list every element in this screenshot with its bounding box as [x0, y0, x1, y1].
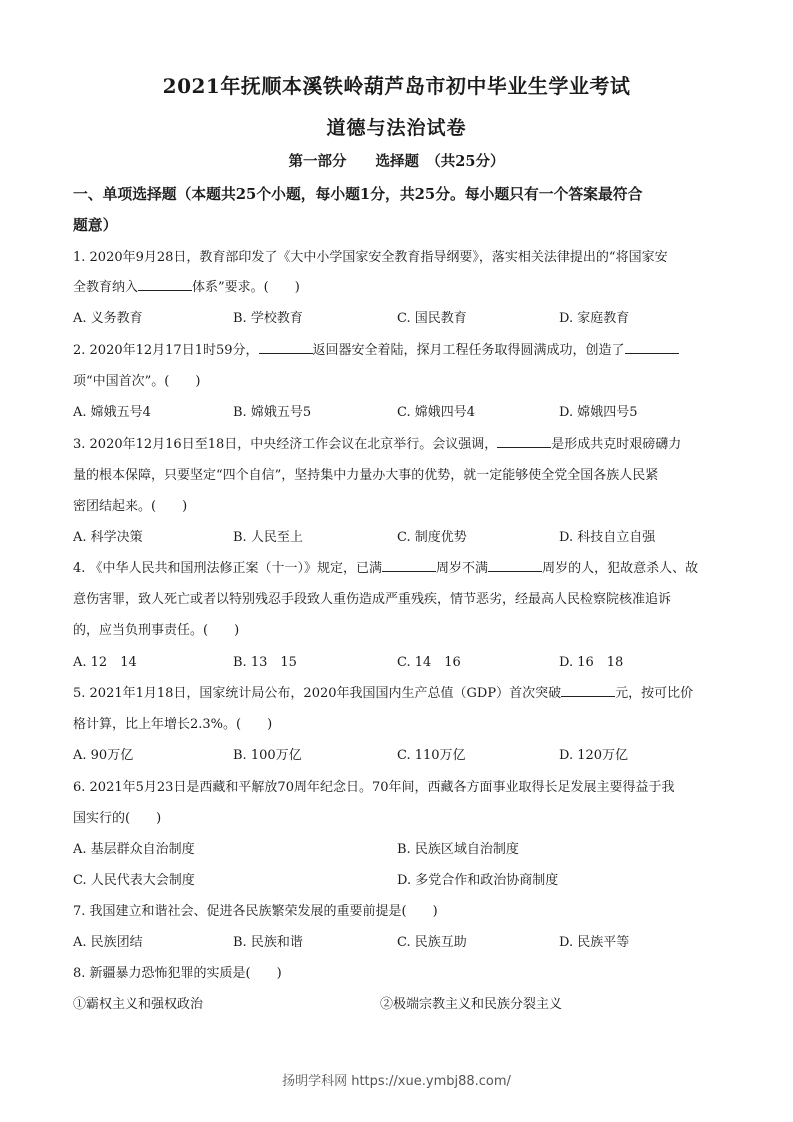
section-heading-line1: 一、单项选择题（本题共25个小题，每小题1分，共25分。每小题只有一个答案最符合 — [73, 183, 733, 204]
question-2-line2: 项“中国首次”。( ) — [73, 370, 733, 389]
q3-option-c: C. 制度优势 — [397, 526, 467, 545]
q7-option-d: D. 民族平等 — [559, 931, 629, 950]
part-heading: 第一部分 选择题 （共25分） — [0, 150, 793, 171]
question-2-line1: 2. 2020年12月17日1时59分，返回器安全着陆，探月工程任务取得圆满成功… — [73, 339, 733, 358]
q4-option-d: D. 16 18 — [559, 651, 623, 670]
q1-option-d: D. 家庭教育 — [559, 307, 629, 326]
q8-statement-2: ②极端宗教主义和民族分裂主义 — [380, 993, 562, 1012]
section-heading-line2: 题意） — [73, 214, 733, 235]
question-3-line1: 3. 2020年12月16日至18日，中央经济工作会议在北京举行。会议强调，是形… — [73, 433, 733, 452]
answer-blank — [259, 342, 313, 354]
q5-option-a: A. 90万亿 — [73, 744, 133, 763]
q6-option-b: B. 民族区域自治制度 — [397, 838, 519, 857]
q4-option-b: B. 13 15 — [233, 651, 297, 670]
answer-blank — [488, 560, 542, 572]
q6-option-c: C. 人民代表大会制度 — [73, 869, 195, 888]
q1-option-c: C. 国民教育 — [397, 307, 467, 326]
q5-option-c: C. 110万亿 — [397, 744, 466, 763]
q1-option-b: B. 学校教育 — [233, 307, 303, 326]
question-4-line2: 意伤害罪，致人死亡或者以特别残忍手段致人重伤造成严重残疾，情节恶劣，经最高人民检… — [73, 588, 733, 607]
question-8-line1: 8. 新疆暴力恐怖犯罪的实质是( ) — [73, 962, 733, 981]
q8-statement-1: ①霸权主义和强权政治 — [73, 993, 203, 1012]
question-5-line2: 格计算，比上年增长2.3%。( ) — [73, 713, 733, 732]
question-3-line2: 量的根本保障，只要坚定“四个自信”，坚持集中力量办大事的优势，就一定能够使全党全… — [73, 464, 733, 483]
answer-blank — [561, 685, 615, 697]
q7-option-a: A. 民族团结 — [73, 931, 143, 950]
q2-option-c: C. 嫦娥四号4 — [397, 401, 475, 420]
q6-option-d: D. 多党合作和政治协商制度 — [397, 869, 558, 888]
question-1-line2: 全教育纳入体系”要求。( ) — [73, 276, 733, 295]
question-6-line2: 国实行的( ) — [73, 807, 733, 826]
watermark-footer: 扬明学科网 https://xue.ymbj88.com/ — [0, 1070, 793, 1089]
question-3-line3: 密团结起来。( ) — [73, 495, 733, 514]
exam-title: 2021年抚顺本溪铁岭葫芦岛市初中毕业生学业考试 — [0, 70, 793, 99]
answer-blank — [382, 560, 436, 572]
answer-blank — [138, 279, 192, 291]
question-6-line1: 6. 2021年5月23日是西藏和平解放70周年纪念日。70年间，西藏各方面事业… — [73, 776, 733, 795]
question-7-line1: 7. 我国建立和谐社会、促进各民族繁荣发展的重要前提是( ) — [73, 900, 733, 919]
answer-blank — [497, 436, 551, 448]
q1-option-a: A. 义务教育 — [73, 307, 143, 326]
q2-option-a: A. 嫦娥五号4 — [73, 401, 151, 420]
q7-option-b: B. 民族和谐 — [233, 931, 303, 950]
question-4-line1: 4. 《中华人民共和国刑法修正案（十一）》规定，已满周岁不满周岁的人，犯故意杀人… — [73, 557, 733, 576]
q7-option-c: C. 民族互助 — [397, 931, 467, 950]
question-4-line3: 的，应当负刑事责任。( ) — [73, 619, 733, 638]
question-1-line1: 1. 2020年9月28日，教育部印发了《大中小学国家安全教育指导纲要》，落实相… — [73, 246, 733, 265]
q3-option-b: B. 人民至上 — [233, 526, 303, 545]
exam-page: 2021年抚顺本溪铁岭葫芦岛市初中毕业生学业考试 道德与法治试卷 第一部分 选择… — [0, 0, 793, 1122]
q2-option-b: B. 嫦娥五号5 — [233, 401, 311, 420]
q5-option-d: D. 120万亿 — [559, 744, 628, 763]
q2-option-d: D. 嫦娥四号5 — [559, 401, 638, 420]
q3-option-a: A. 科学决策 — [73, 526, 143, 545]
q5-option-b: B. 100万亿 — [233, 744, 302, 763]
q4-option-c: C. 14 16 — [397, 651, 461, 670]
question-5-line1: 5. 2021年1月18日，国家统计局公布，2020年我国国内生产总值（GDP）… — [73, 682, 733, 701]
q3-option-d: D. 科技自立自强 — [559, 526, 655, 545]
q4-option-a: A. 12 14 — [73, 651, 137, 670]
q6-option-a: A. 基层群众自治制度 — [73, 838, 195, 857]
exam-subject: 道德与法治试卷 — [0, 113, 793, 140]
answer-blank — [625, 342, 679, 354]
